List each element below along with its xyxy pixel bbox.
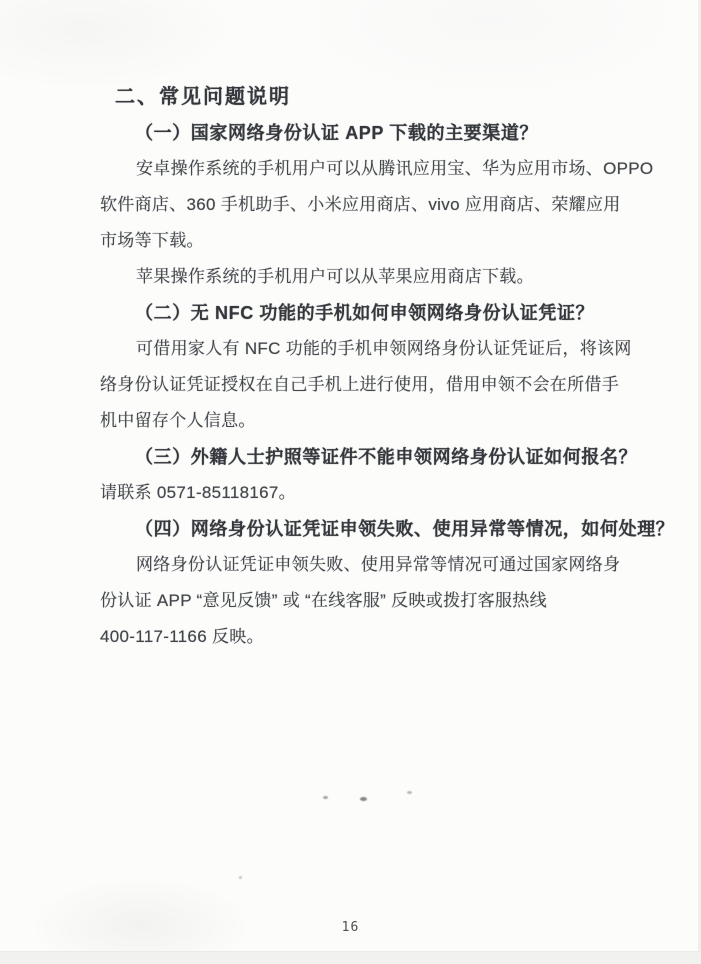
question-3-title: （三）外籍人士护照等证件不能申领网络身份认证如何报名？ [100, 439, 620, 475]
body-line: 软件商店、360 手机助手、小米应用商店、vivo 应用商店、荣耀应用 [100, 187, 620, 223]
body-line: 份认证 APP “意见反馈” 或 “在线客服” 反映或拨打客服热线 [100, 583, 620, 619]
scan-speck [407, 791, 412, 794]
scanned-document-page: 二、常见问题说明 （一）国家网络身份认证 APP 下载的主要渠道？ 安卓操作系统… [0, 0, 701, 964]
page-number: 16 [0, 920, 701, 935]
body-line: 400-117-1166 反映。 [100, 619, 620, 655]
body-line: 可借用家人有 NFC 功能的手机申领网络身份认证凭证后，将该网 [100, 331, 620, 367]
body-line: 安卓操作系统的手机用户可以从腾讯应用宝、华为应用市场、OPPO [100, 151, 620, 187]
body-line: 请联系 0571-85118167。 [100, 475, 620, 511]
scan-speck [360, 797, 367, 801]
scan-speck [323, 796, 328, 799]
body-line: 络身份认证凭证授权在自己手机上进行使用，借用申领不会在所借手 [100, 367, 620, 403]
question-4-title: （四）网络身份认证凭证申领失败、使用异常等情况，如何处理？ [100, 511, 620, 547]
scan-edge-shadow [0, 951, 701, 964]
question-1-title: （一）国家网络身份认证 APP 下载的主要渠道？ [100, 115, 620, 151]
body-line: 网络身份认证凭证申领失败、使用异常等情况可通过国家网络身 [100, 547, 620, 583]
body-line: 市场等下载。 [100, 223, 620, 259]
question-2-title: （二）无 NFC 功能的手机如何申领网络身份认证凭证？ [100, 295, 620, 331]
body-line: 机中留存个人信息。 [100, 403, 620, 439]
scan-speck [239, 876, 242, 879]
body-line: 苹果操作系统的手机用户可以从苹果应用商店下载。 [100, 259, 620, 295]
section-heading: 二、常见问题说明 [100, 79, 620, 115]
document-body: 二、常见问题说明 （一）国家网络身份认证 APP 下载的主要渠道？ 安卓操作系统… [100, 79, 620, 655]
